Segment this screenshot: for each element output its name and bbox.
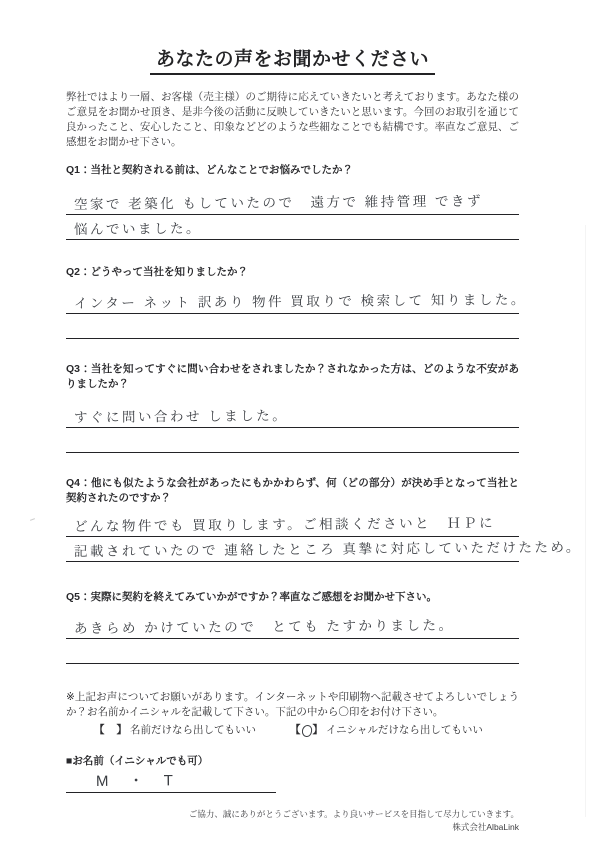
option-label: 名前だけなら出してもいい: [130, 723, 256, 738]
answer-line: すぐに問い合わせ しました。: [66, 403, 519, 428]
handwritten-answer: あきらめ かけていたので とても たすかりました。: [74, 618, 455, 637]
answer-line: 空家で 老築化 もしていたので 遠方で 維持管理 できず: [66, 190, 519, 215]
question-1-label: Q1：当社と契約される前は、どんなことでお悩みでしたか？: [66, 163, 519, 178]
scanned-survey-page: あなたの声をお聞かせください 弊社ではより一層、お客様（売主様）のご期待に応えて…: [0, 0, 595, 842]
footer-company: 株式会社AlbaLink: [66, 821, 519, 834]
question-2-label: Q2：どうやって当社を知りましたか？: [66, 265, 519, 280]
circle-mark-icon: [301, 724, 313, 737]
footer: ご協力、誠にありがとうございます。より良いサービスを目指して尽力していきます。 …: [66, 808, 519, 833]
intro-paragraph: 弊社ではより一層、お客様（売主様）のご期待に応えていきたいと考えております。あな…: [66, 90, 519, 150]
answer-line: あきらめ かけていたので とても たすかりました。: [66, 614, 519, 639]
handwritten-name: M ・ T: [96, 773, 181, 790]
answer-line: [66, 314, 519, 339]
option-label: イニシャルだけなら出してもいい: [326, 723, 483, 738]
name-line: M ・ T: [66, 771, 276, 793]
handwritten-answer: どんな物件でも 買取りします。ご相談くださいと ＨＰに: [74, 515, 495, 535]
question-block-q3: Q3：当社を知ってすぐに問い合わせをされましたか？されなかった方は、どのような不…: [66, 362, 519, 453]
option-name-only: 【 】 名前だけなら出してもいい: [94, 723, 256, 738]
answer-line: 記載されていたので 連絡したところ 真摯に対応していただけたため。: [66, 537, 519, 562]
footer-thanks: ご協力、誠にありがとうございます。より良いサービスを目指して尽力していきます。: [66, 808, 519, 821]
page-title: あなたの声をお聞かせください: [150, 44, 435, 75]
option-initials-only: 【 】 イニシャルだけなら出してもいい: [290, 723, 483, 738]
bracket-open: 【: [290, 723, 301, 738]
permission-note: ※上記お声についてお願いがあります。インターネットや印刷物へ記載させてよろしいで…: [66, 690, 519, 720]
question-4-label: Q4：他にも似たような会社があったにもかかわらず、何（どの部分）が決め手となって…: [66, 476, 519, 506]
handwritten-answer: すぐに問い合わせ しました。: [74, 408, 288, 426]
bracket-open: 【: [94, 723, 105, 738]
bracket-close: 】: [117, 723, 128, 738]
scan-artifact-streak: [585, 225, 586, 817]
answer-line: インター ネット 訳あり 物件 買取りで 検索して 知りました。: [66, 289, 519, 314]
question-block-q1: Q1：当社と契約される前は、どんなことでお悩みでしたか？ 空家で 老築化 もして…: [66, 163, 519, 240]
handwritten-answer: インター ネット 訳あり 物件 買取りで 検索して 知りました。: [74, 292, 527, 312]
permission-options: 【 】 名前だけなら出してもいい 【 】 イニシャルだけなら出してもいい: [66, 723, 519, 738]
question-5-label: Q5：実際に契約を終えてみていかがですか？率直なご感想をお聞かせ下さい。: [66, 590, 519, 605]
name-label: ■お名前（イニシャルでも可）: [66, 754, 519, 769]
question-block-q2: Q2：どうやって当社を知りましたか？ インター ネット 訳あり 物件 買取りで …: [66, 265, 519, 339]
handwritten-answer: 記載されていたので 連絡したところ 真摯に対応していただけたため。: [74, 540, 582, 560]
question-block-q4: Q4：他にも似たような会社があったにもかかわらず、何（どの部分）が決め手となって…: [66, 476, 519, 562]
page-content: あなたの声をお聞かせください 弊社ではより一層、お客様（売主様）のご期待に応えて…: [0, 44, 595, 833]
question-3-label: Q3：当社を知ってすぐに問い合わせをされましたか？されなかった方は、どのような不…: [66, 362, 519, 392]
question-block-q5: Q5：実際に契約を終えてみていかがですか？率直なご感想をお聞かせ下さい。 あきら…: [66, 590, 519, 664]
answer-line: [66, 428, 519, 453]
bracket-close: 】: [313, 723, 324, 738]
mark-slot: [301, 725, 313, 737]
handwritten-answer: 悩んでいました。: [74, 221, 202, 238]
title-wrap: あなたの声をお聞かせください: [66, 44, 519, 75]
answer-line: [66, 639, 519, 664]
handwritten-answer: 空家で 老築化 もしていたので 遠方で 維持管理 できず: [74, 193, 483, 213]
answer-line: 悩んでいました。: [66, 215, 519, 240]
answer-line: どんな物件でも 買取りします。ご相談くださいと ＨＰに: [66, 512, 519, 537]
